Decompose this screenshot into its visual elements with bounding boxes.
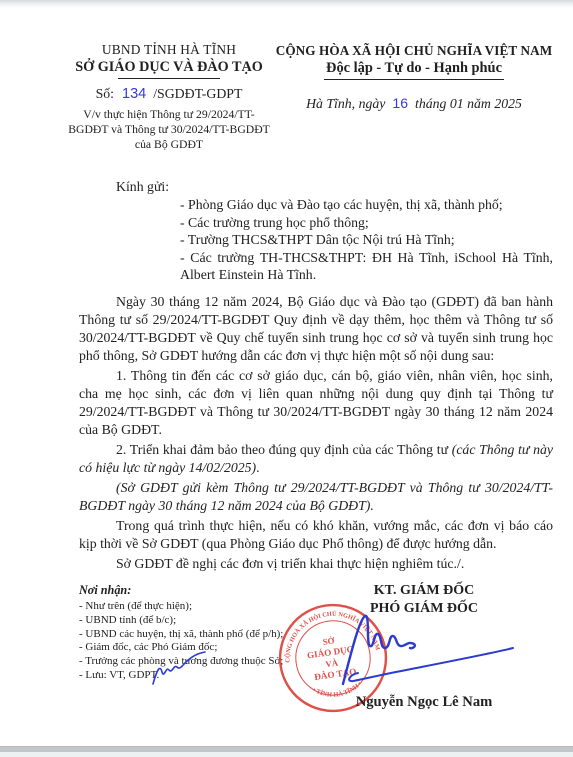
paragraph-item-1: 1. Thông tin đến các cơ sở giáo dục, cán… bbox=[79, 367, 553, 439]
recipient-item: - Các trường trung học phổ thông; bbox=[180, 214, 553, 232]
national-motto: Độc lập - Tự do - Hạnh phúc bbox=[324, 60, 504, 80]
viewer-top-edge bbox=[0, 0, 573, 8]
recipient-item: - Trường THCS&THPT Dân tộc Nội trú Hà Tĩ… bbox=[180, 231, 553, 249]
doc-number-label: Số: bbox=[96, 86, 114, 101]
date-prefix: Hà Tĩnh, ngày bbox=[306, 96, 385, 111]
paragraph-attachment-note: (Sở GDĐT gửi kèm Thông tư 29/2024/TT-BGD… bbox=[79, 479, 553, 515]
scanned-official-letter: UBND TỈNH HÀ TĨNH SỞ GIÁO DỤC VÀ ĐÀO TẠO… bbox=[0, 0, 573, 757]
doc-number-value-handwritten: 134 bbox=[122, 86, 146, 102]
recipient-item: - Các trường TH-THCS&THPT: ĐH Hà Tĩnh, i… bbox=[180, 249, 553, 284]
signer-name: Nguyễn Ngọc Lê Nam bbox=[330, 694, 518, 711]
item-2-period: . bbox=[256, 460, 259, 475]
date-day-handwritten: 16 bbox=[392, 95, 408, 111]
signer-title-kt: KT. GIÁM ĐỐC bbox=[343, 582, 505, 600]
clerk-paraph-signature bbox=[147, 651, 211, 693]
noi-nhan-label: Nơi nhận: bbox=[79, 583, 314, 598]
salutation: Kính gửi: bbox=[116, 178, 553, 196]
recipient-item: - Phòng Giáo dục và Đào tạo các huyện, t… bbox=[180, 196, 553, 214]
paragraph-intro: Ngày 30 tháng 12 năm 2024, Bộ Giáo dục v… bbox=[79, 293, 553, 365]
date-suffix: tháng 01 năm 2025 bbox=[415, 96, 522, 111]
org-name: SỞ GIÁO DỤC VÀ ĐÀO TẠO bbox=[58, 59, 280, 75]
national-header-block: CỘNG HÒA XÃ HỘI CHỦ NGHĨA VIỆT NAM Độc l… bbox=[270, 42, 558, 112]
item-2-text: 2. Triển khai đảm bảo theo đúng quy định… bbox=[116, 442, 452, 457]
viewer-background-strip bbox=[0, 752, 573, 757]
letter-body: Kính gửi: - Phòng Giáo dục và Đào tạo cá… bbox=[79, 178, 553, 573]
doc-number-suffix: /SGDĐT-GDPT bbox=[153, 86, 242, 101]
paraph-stroke bbox=[153, 652, 205, 684]
signer-title-position: PHÓ GIÁM ĐỐC bbox=[343, 600, 505, 618]
org-underline bbox=[118, 78, 220, 79]
paragraph-contact: Trong quá trình thực hiện, nếu có khó kh… bbox=[79, 517, 553, 553]
nation-title: CỘNG HÒA XÃ HỘI CHỦ NGHĨA VIỆT NAM bbox=[270, 42, 558, 59]
recipient-list: - Phòng Giáo dục và Đào tạo các huyện, t… bbox=[180, 196, 553, 284]
signer-title-block: KT. GIÁM ĐỐC PHÓ GIÁM ĐỐC bbox=[343, 582, 505, 618]
place-date-line: Hà Tĩnh, ngày16tháng 01 năm 2025 bbox=[270, 95, 558, 112]
document-number-line: Số:134/SGDĐT-GDPT bbox=[58, 86, 280, 102]
paragraph-item-2: 2. Triển khai đảm bảo theo đúng quy định… bbox=[79, 441, 553, 477]
paragraph-closing: Sở GDĐT đề nghị các đơn vị triển khai th… bbox=[79, 555, 553, 573]
issuing-agency-block: UBND TỈNH HÀ TĨNH SỞ GIÁO DỤC VÀ ĐÀO TẠO… bbox=[58, 42, 280, 152]
viewer-bottom-edge bbox=[0, 746, 573, 757]
document-subject: V/v thực hiện Thông tư 29/2024/TT-BGDĐT … bbox=[66, 108, 272, 152]
signature-stroke-tail bbox=[349, 648, 513, 681]
org-parent-name: UBND TỈNH HÀ TĨNH bbox=[58, 42, 280, 58]
